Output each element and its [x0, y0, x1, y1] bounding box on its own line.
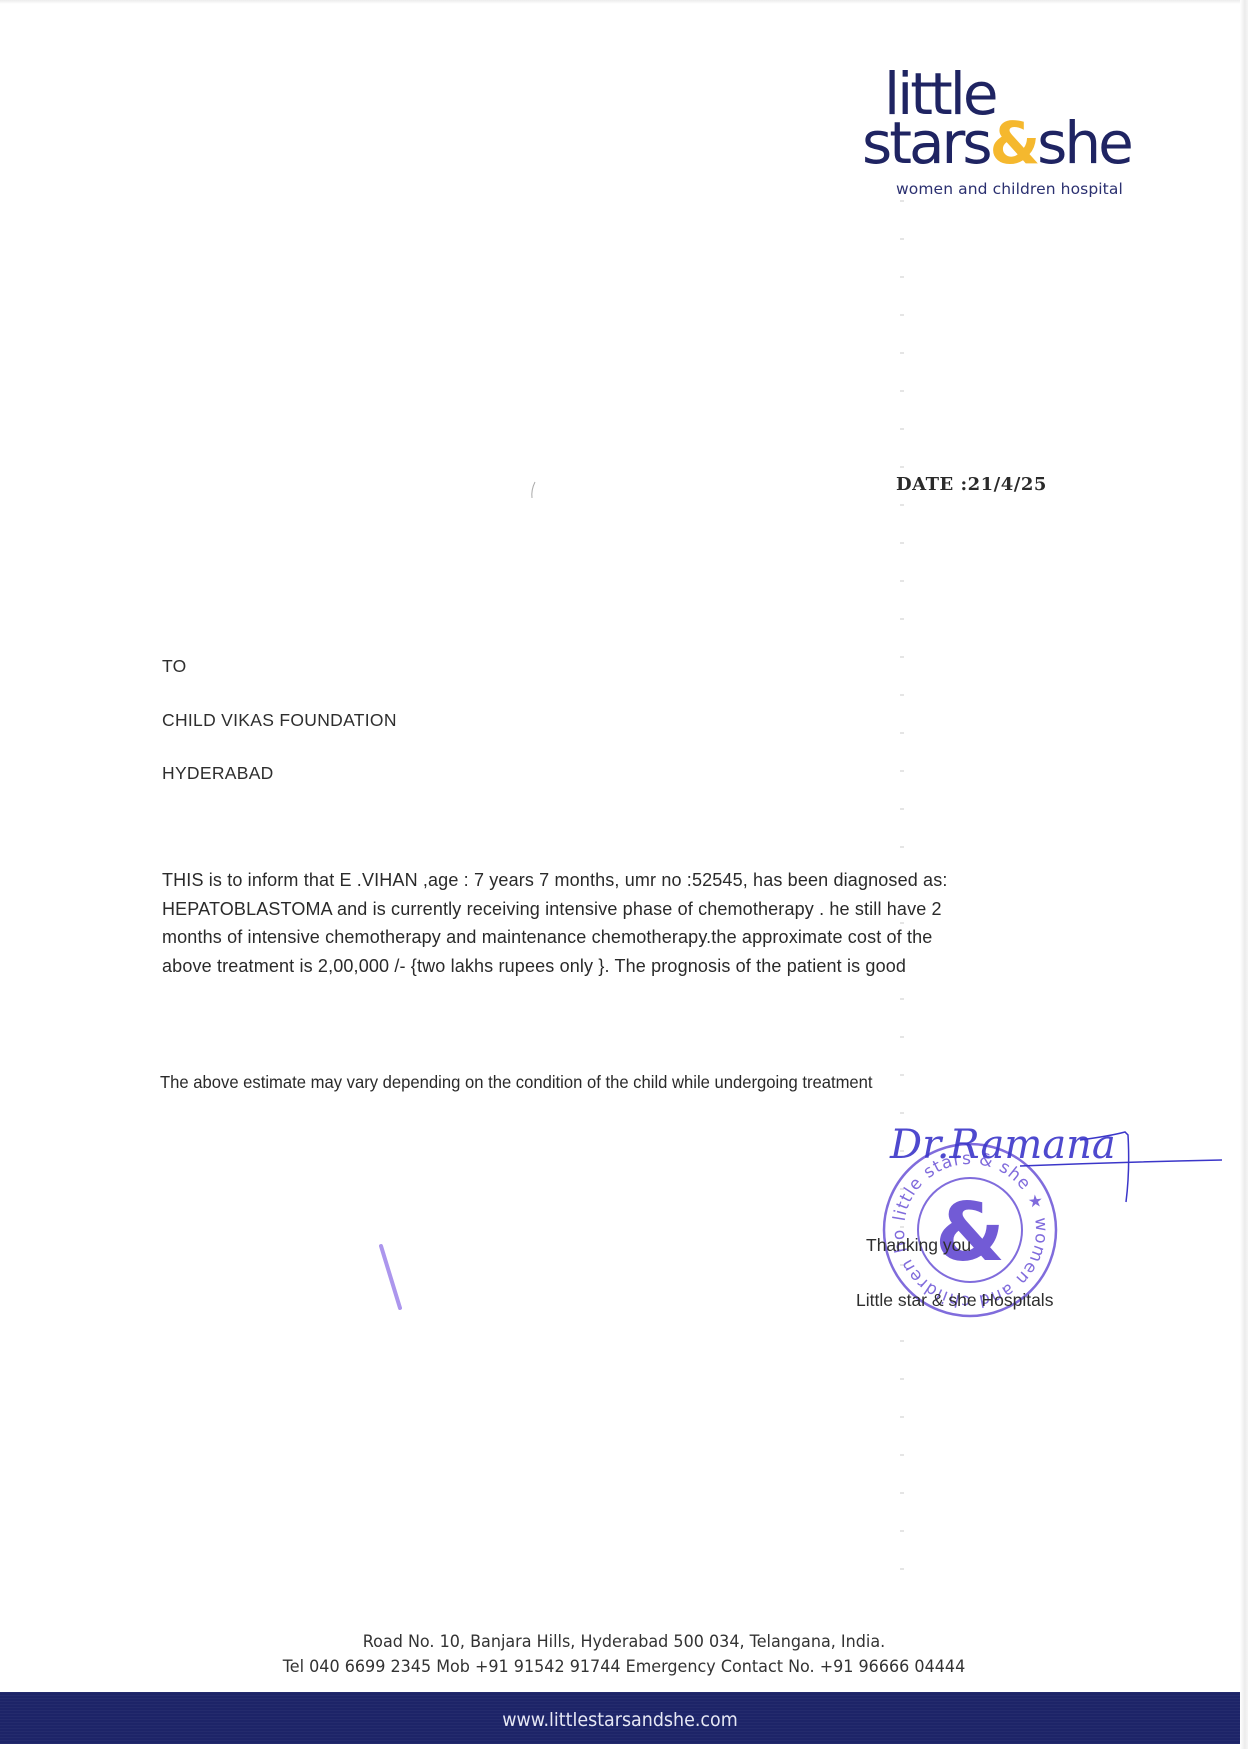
logo-line-stars-she: stars&she [862, 118, 1162, 168]
estimate-note: The above estimate may vary depending on… [160, 1072, 873, 1093]
footer-contacts: Tel 040 6699 2345 Mob +91 91542 91744 Em… [37, 1657, 1210, 1677]
footer-website: www.littlestarsandshe.com [50, 1709, 1191, 1731]
hospital-logo: little stars&she women and children hosp… [862, 70, 1162, 198]
logo-ampersand: & [990, 109, 1038, 177]
body-line: months of intensive chemotherapy and mai… [162, 923, 1082, 952]
letter-body: THIS is to inform that E .VIHAN ,age : 7… [162, 866, 1082, 980]
body-line: above treatment is 2,00,000 /- {two lakh… [162, 952, 1082, 981]
page-top-edge [0, 0, 1248, 4]
closing-thanks: Thanking you [866, 1235, 971, 1256]
recipient-name: CHILD VIKAS FOUNDATION [162, 710, 397, 731]
recipient-to: TO [162, 656, 187, 677]
body-line: THIS is to inform that E .VIHAN ,age : 7… [162, 866, 1082, 895]
closing-organization: Little star & she Hospitals [856, 1290, 1053, 1311]
body-line: HEPATOBLASTOMA and is currently receivin… [162, 895, 1082, 924]
recipient-city: HYDERABAD [162, 763, 274, 784]
letter-date: DATE :21/4/25 [896, 474, 1047, 495]
doctor-signature-icon: Dr.Ramana [880, 1110, 1230, 1220]
footer-address: Road No. 10, Banjara Hills, Hyderabad 50… [37, 1632, 1210, 1652]
stray-ink-mark-icon [378, 1242, 408, 1312]
svg-text:Dr.Ramana: Dr.Ramana [889, 1122, 1116, 1168]
logo-tagline: women and children hospital [862, 180, 1162, 198]
stray-pen-mark-icon [528, 480, 538, 500]
logo-word-she: she [1037, 109, 1131, 177]
page-right-edge [1240, 0, 1248, 1749]
logo-word-stars: stars [862, 109, 990, 177]
